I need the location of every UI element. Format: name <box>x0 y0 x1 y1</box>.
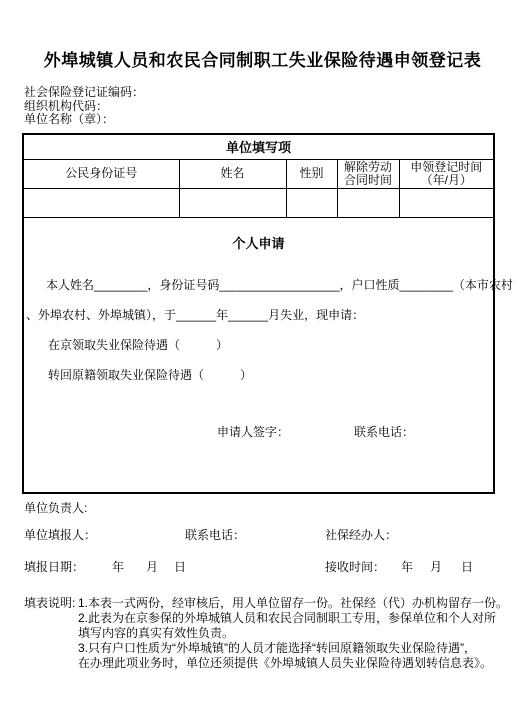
note-line-2: 2.此表为在京参保的外埠城镇人员和农民合同制职工专用，参保单位和个人对所 <box>78 611 518 626</box>
receive-time-label: 接收时间： <box>325 560 385 574</box>
unit-section-title-row: 单位填写项 <box>23 134 494 159</box>
personal-application-cell: 个人申请 本人姓名________，身份证号码_________________… <box>23 217 494 493</box>
fill-date-label: 填报日期： <box>24 560 84 574</box>
notes-body: 1.本表一式两份，经审核后，用人单位留存一份。社保经（代）办机构留存一份。 2.… <box>78 596 518 671</box>
receive-time-day-label: 日 <box>461 560 473 574</box>
fill-date-month-label: 月 <box>146 560 158 574</box>
applicant-signature-label: 申请人签字： <box>217 423 289 440</box>
form-page: 外埠城镇人员和农民合同制职工失业保险待遇申领登记表 社会保险登记证编码： 组织机… <box>0 0 525 702</box>
fill-date-year-label: 年 <box>112 560 124 574</box>
fill-date-day-label: 日 <box>174 560 186 574</box>
blank-cell-citizen-id <box>23 188 179 217</box>
col-header-citizen-id: 公民身份证号 <box>23 159 179 188</box>
form-notes: 填表说明: 1.本表一式两份，经审核后，用人单位留存一份。社保经（代）办机构留存… <box>24 596 518 671</box>
receive-time-year-label: 年 <box>401 560 413 574</box>
personal-statement-line1: 本人姓名________，身份证号码__________________，户口性… <box>24 278 493 292</box>
unit-name-label: 单位名称（章）： <box>24 113 144 127</box>
option-transfer-to-hometown: 转回原籍领取失业保险待遇（ ） <box>24 368 493 382</box>
blank-cell-name <box>179 188 286 217</box>
receive-time-month-label: 月 <box>430 560 442 574</box>
col-header-contract-termination-date: 解除劳动 合同时间 <box>337 159 399 188</box>
unit-manager-label: 单位负责人: <box>24 501 87 515</box>
col-header-application-date: 申领登记时间 （年/月） <box>399 159 494 188</box>
blank-cell-application-date <box>399 188 494 217</box>
signature-row: 申请人签字： 联系电话： <box>24 423 493 437</box>
contact-phone-label: 联系电话： <box>185 528 245 542</box>
blank-cell-gender <box>286 188 337 217</box>
option-receive-in-beijing: 在京领取失业保险待遇（ ） <box>24 338 493 352</box>
personal-application-row: 个人申请 本人姓名________，身份证号码_________________… <box>23 217 494 493</box>
blank-entry-row <box>23 188 494 217</box>
column-header-row: 公民身份证号 姓名 性别 解除劳动 合同时间 申领登记时间 （年/月） <box>23 159 494 188</box>
form-title: 外埠城镇人员和农民合同制职工失业保险待遇申领登记表 <box>0 46 525 71</box>
notes-label: 填表说明: <box>24 596 78 611</box>
col-header-name: 姓名 <box>179 159 286 188</box>
blank-cell-contract-termination-date <box>337 188 399 217</box>
unit-section-title: 单位填写项 <box>23 134 494 159</box>
applicant-phone-label: 联系电话： <box>354 423 414 440</box>
personal-application-title: 个人申请 <box>24 237 493 251</box>
note-line-3: 填写内容的真实有效性负责。 <box>78 626 518 641</box>
col-header-gender: 性别 <box>286 159 337 188</box>
note-line-4: 3.只有户口性质为“外埠城镇”的人员才能选择“转回原籍领取失业保险待遇”， <box>78 641 518 656</box>
personal-statement-line2: 、外埠农村、外埠城镇），于______年______月失业，现申请： <box>24 308 493 322</box>
unit-info-block: 社会保险登记证编码： 组织机构代码： 单位名称（章）： <box>24 86 144 127</box>
note-line-5: 在办理此项业务时，单位还须提供《外埠城镇人员失业保险待遇划转信息表》。 <box>78 656 518 671</box>
social-security-agent-label: 社保经办人： <box>325 528 397 542</box>
unit-filler-label: 单位填报人： <box>24 528 96 542</box>
note-line-1: 1.本表一式两份，经审核后，用人单位留存一份。社保经（代）办机构留存一份。 <box>78 596 518 611</box>
social-insurance-code-label: 社会保险登记证编码： <box>24 86 144 100</box>
registration-table: 单位填写项 公民身份证号 姓名 性别 解除劳动 合同时间 申领登记时间 （年/月… <box>22 133 495 494</box>
